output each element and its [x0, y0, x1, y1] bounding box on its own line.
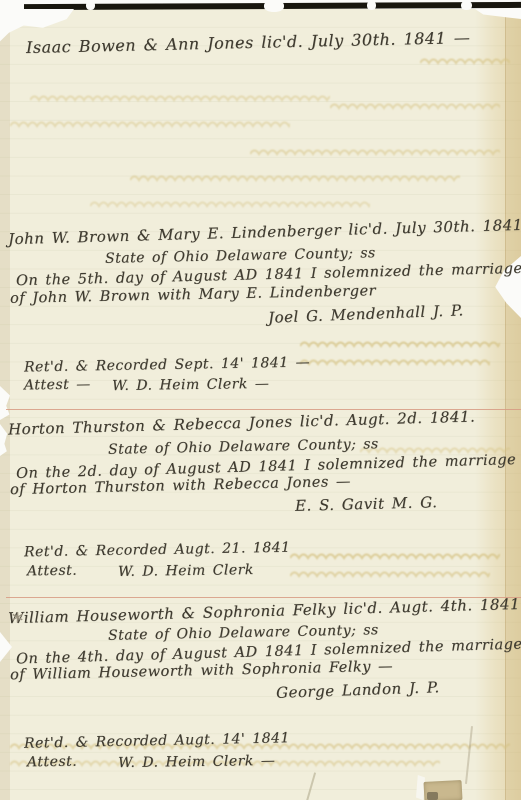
- entry-4-clerk-signature: W. D. Heim Clerk —: [118, 753, 275, 771]
- bleedthrough-marks: [90, 198, 370, 212]
- bleedthrough-marks: [30, 92, 330, 106]
- bleedthrough-marks: [290, 568, 490, 582]
- entry-3-attest-label: Attest.: [27, 563, 77, 580]
- bleedthrough-marks: [10, 118, 290, 132]
- ledger-page-scan: Isaac Bowen & Ann Jones lic'd. July 30th…: [0, 0, 521, 800]
- bleedthrough-marks: [300, 338, 500, 352]
- binding-strip-notch: [461, 1, 472, 10]
- bleedthrough-marks: [250, 146, 500, 160]
- margin-asterisk-mark: *: [12, 610, 24, 635]
- adjacent-page-edge: [505, 9, 521, 800]
- tape-patch-shadow: [427, 792, 438, 800]
- bleedthrough-marks: [290, 550, 500, 564]
- bleedthrough-marks: [300, 356, 490, 370]
- bleedthrough-marks: [420, 55, 510, 69]
- binding-strip-notch: [264, 0, 284, 12]
- bleedthrough-marks: [130, 172, 460, 186]
- bleedthrough-marks: [330, 100, 500, 114]
- binding-strip-notch: [367, 1, 376, 10]
- binding-strip-notch: [86, 1, 95, 10]
- entry-2-clerk-signature: W. D. Heim Clerk —: [112, 376, 269, 394]
- entry-2-attest-label: Attest —: [24, 377, 91, 394]
- entry-4-attest-label: Attest.: [27, 754, 77, 771]
- entry-3-clerk-signature: W. D. Heim Clerk: [118, 562, 254, 580]
- entry-3-officiant-signature: E. S. Gavit M. G.: [295, 493, 438, 515]
